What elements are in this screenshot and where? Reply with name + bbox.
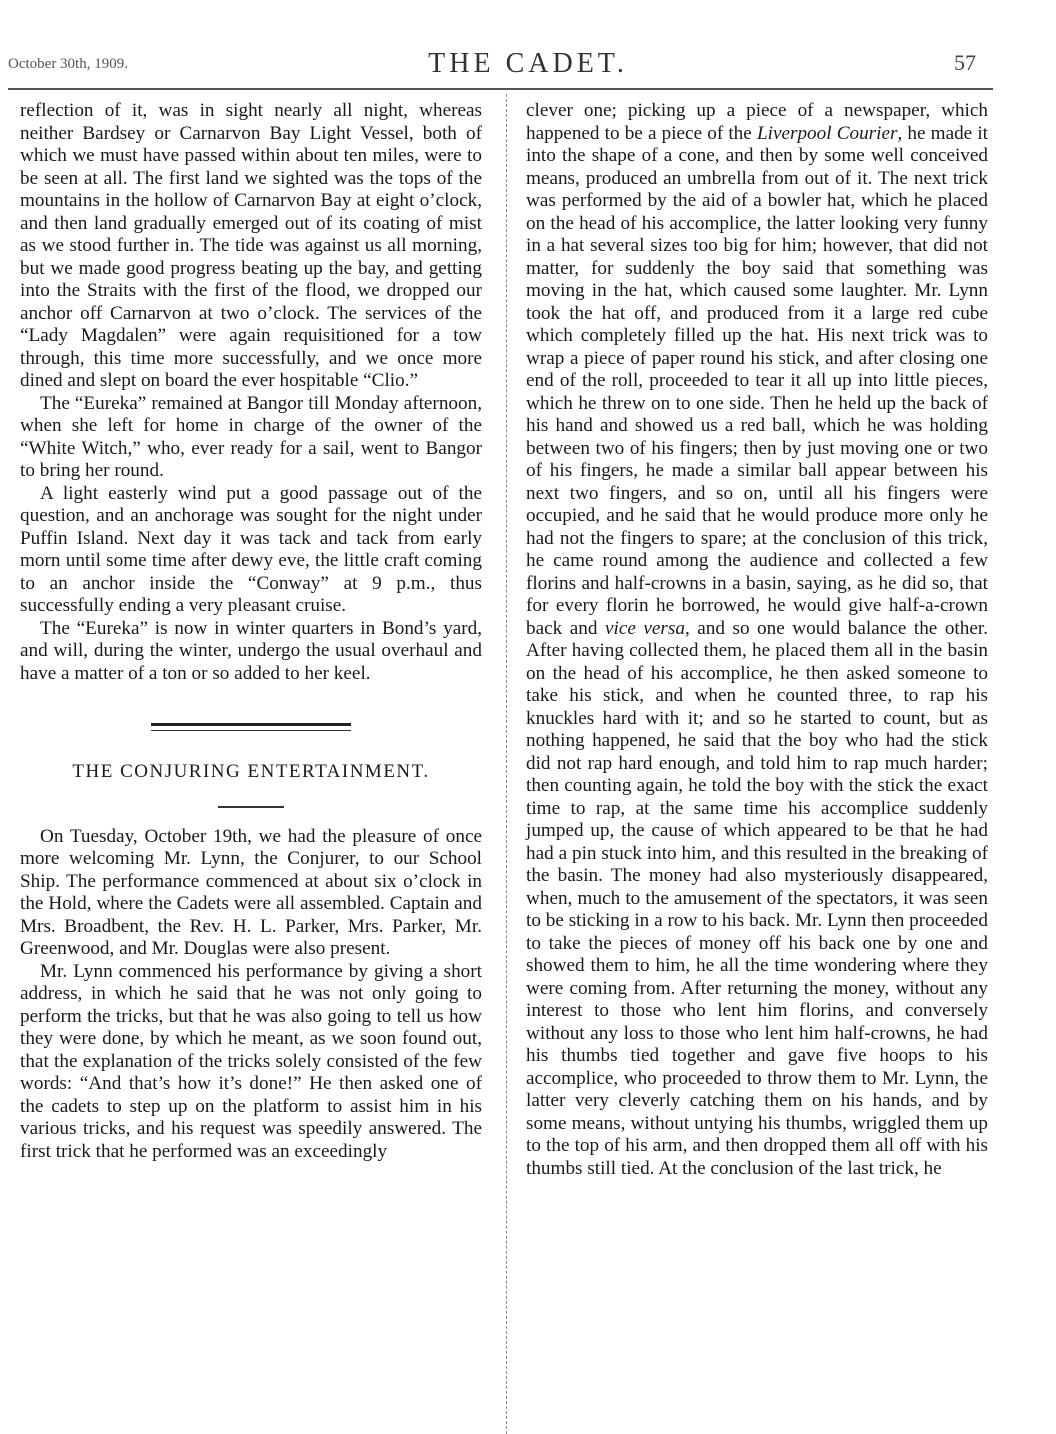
- text-run: , he made it into the shape of a cone, a…: [526, 123, 988, 639]
- latin-phrase: vice versa: [605, 618, 685, 639]
- section-heading: The Conjuring Entertainment.: [20, 761, 482, 784]
- text-run: , and so one would balance the other. Af…: [526, 618, 988, 1179]
- column-divider: [506, 94, 507, 1434]
- paragraph: clever one; picking up a piece of a news…: [526, 100, 988, 1180]
- newspaper-name: Liverpool Courier: [757, 123, 898, 144]
- page-header: October 30th, 1909. THE CADET. 57: [0, 48, 1056, 88]
- left-column: reflection of it, was in sight nearly al…: [20, 100, 482, 1163]
- paragraph: Mr. Lynn commenced his performance by gi…: [20, 961, 482, 1164]
- heading-underline-rule: [218, 806, 284, 808]
- paragraph: The “Eureka” remained at Bangor till Mon…: [20, 393, 482, 483]
- paragraph: A light easterly wind put a good passage…: [20, 483, 482, 618]
- section-separator-rule: [151, 723, 351, 731]
- publication-title: THE CADET.: [0, 48, 1056, 80]
- header-rule: [8, 88, 993, 90]
- paragraph: The “Eureka” is now in winter quarters i…: [20, 618, 482, 686]
- right-column: clever one; picking up a piece of a news…: [526, 100, 988, 1180]
- paragraph: On Tuesday, October 19th, we had the ple…: [20, 826, 482, 961]
- page-number: 57: [954, 50, 976, 76]
- paragraph: reflection of it, was in sight nearly al…: [20, 100, 482, 393]
